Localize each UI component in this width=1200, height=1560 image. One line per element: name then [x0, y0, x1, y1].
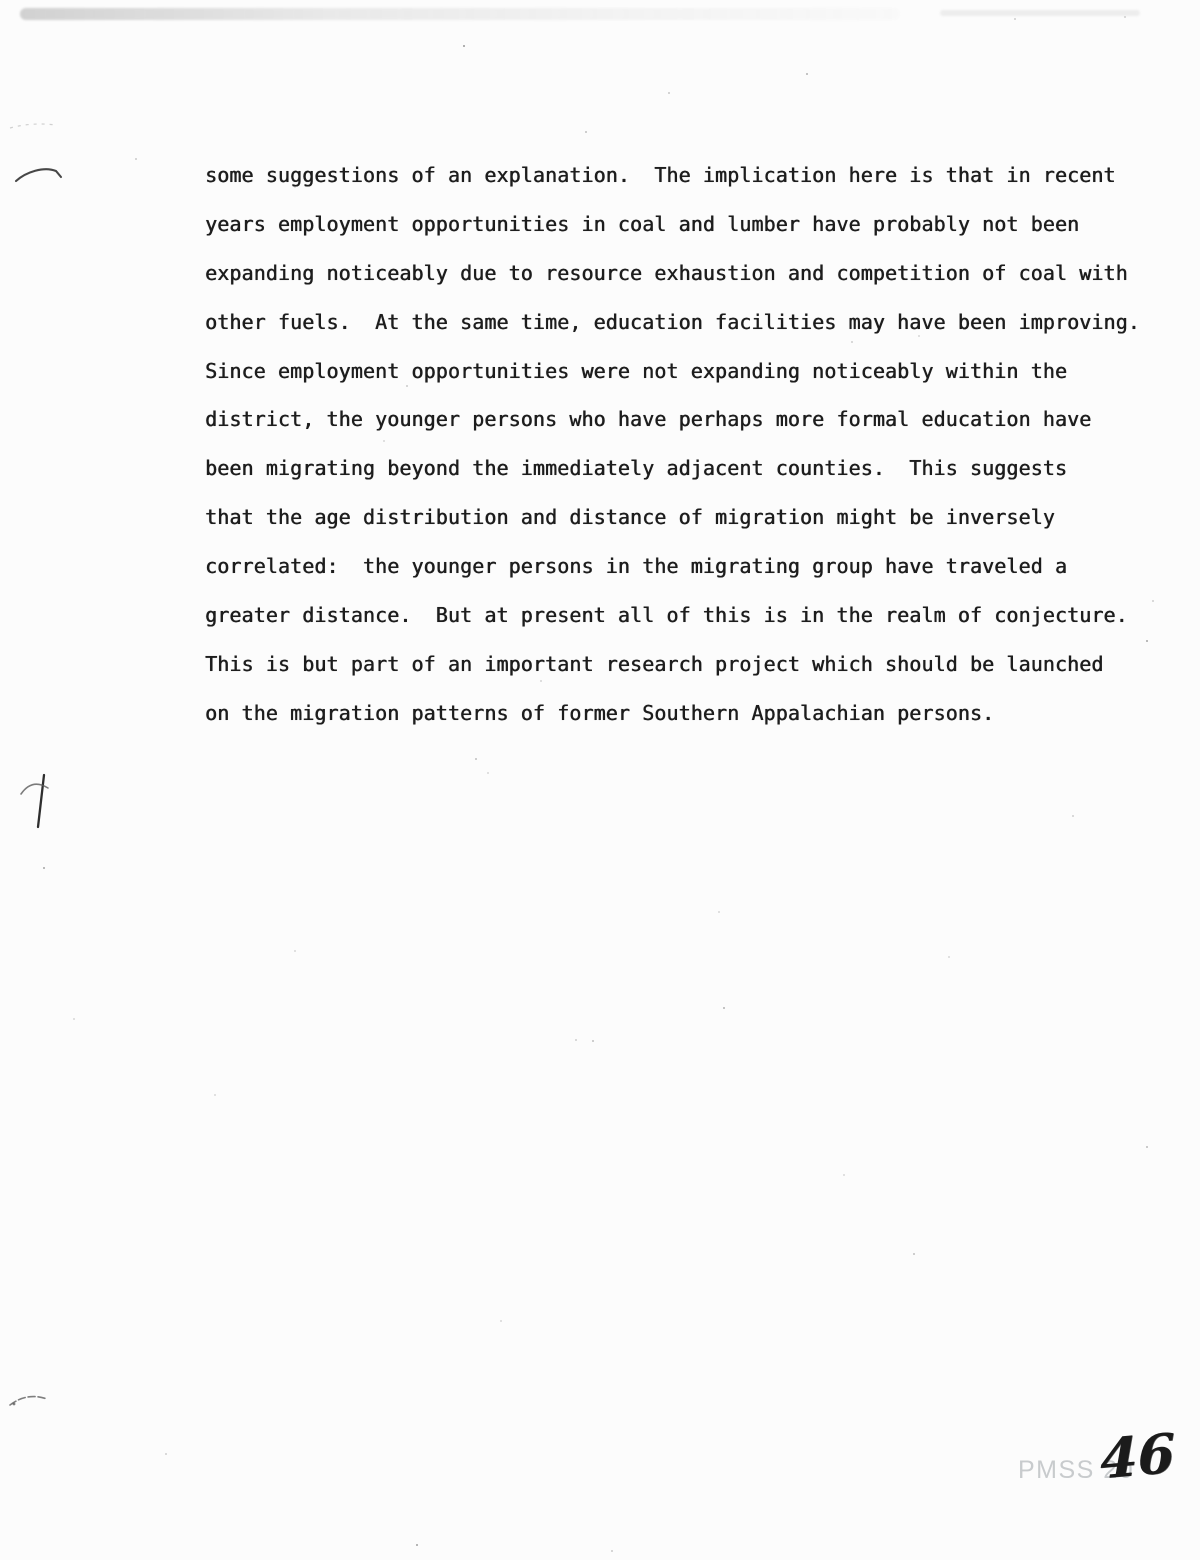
- handwritten-arc-mark-left: [21, 784, 48, 794]
- text-line: district, the younger persons who have p…: [205, 395, 1155, 444]
- text-line: This is but part of an important researc…: [205, 640, 1155, 689]
- text-line: been migrating beyond the immediately ad…: [205, 444, 1155, 493]
- handwritten-arc-mark-top-left: [16, 169, 61, 181]
- handwritten-arc-mark-bottom-left: [10, 1397, 47, 1405]
- scan-noise-specks: [0, 0, 2, 2]
- scanned-document-page: some suggestions of an explanation. The …: [0, 0, 1200, 1560]
- pen-dot: [13, 1403, 16, 1406]
- scan-edge-streak: [940, 10, 1140, 16]
- text-line: on the migration patterns of former Sout…: [205, 689, 1155, 738]
- text-line: some suggestions of an explanation. The …: [205, 151, 1155, 200]
- handwritten-vertical-mark-left: [38, 775, 44, 827]
- text-line: years employment opportunities in coal a…: [205, 200, 1155, 249]
- text-line: expanding noticeably due to resource exh…: [205, 249, 1155, 298]
- text-line: other fuels. At the same time, education…: [205, 298, 1155, 347]
- typewritten-paragraph: some suggestions of an explanation. The …: [205, 151, 1155, 738]
- text-line: correlated: the younger persons in the m…: [205, 542, 1155, 591]
- text-line: Since employment opportunities were not …: [205, 347, 1155, 396]
- faint-pencil-dashes-top-left: [10, 124, 56, 128]
- handwritten-page-number: 46: [1100, 1421, 1176, 1492]
- scan-edge-streak: [20, 8, 900, 20]
- text-line: that the age distribution and distance o…: [205, 493, 1155, 542]
- text-line: greater distance. But at present all of …: [205, 591, 1155, 640]
